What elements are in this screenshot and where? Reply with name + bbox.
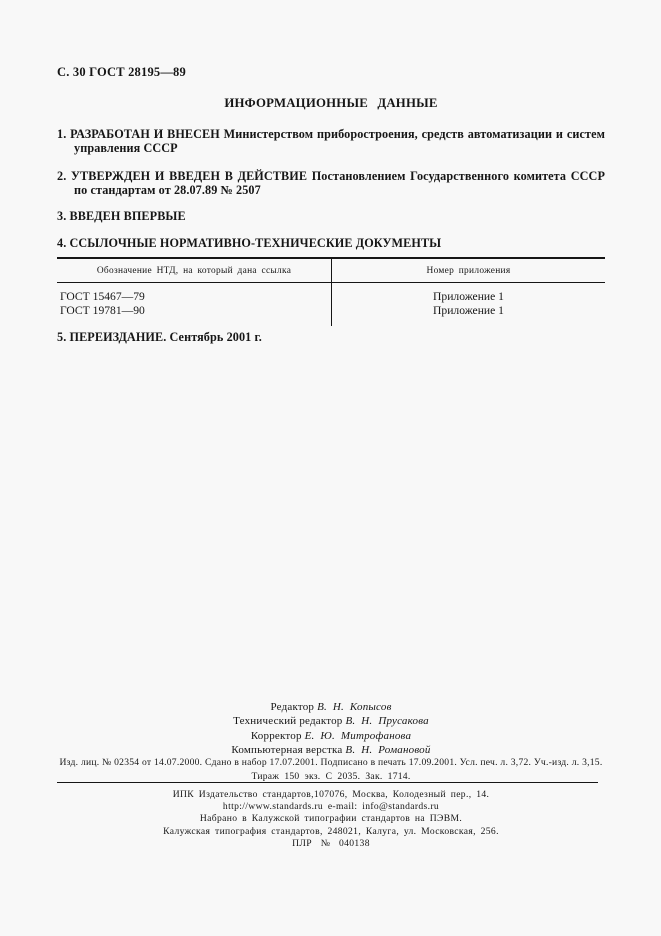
info-item-1-line-2: управления СССР — [57, 141, 605, 155]
info-item-3-line-1: 3. ВВЕДЕН ВПЕРВЫЕ — [57, 209, 605, 223]
table-col1-header: Обозначение НТД, на который дана ссылка — [57, 259, 332, 282]
table-cell-appendix: Приложение 1 — [332, 304, 605, 318]
editor-name: В. Н. Романовой — [345, 744, 430, 756]
editor-line: Редактор В. Н. Копысов — [57, 700, 605, 714]
table-header-row: Обозначение НТД, на который дана ссылка … — [57, 259, 605, 283]
info-item-1-line-1: 1. РАЗРАБОТАН И ВНЕСЕН Министерством при… — [57, 127, 605, 141]
info-item-3: 3. ВВЕДЕН ВПЕРВЫЕ — [57, 209, 605, 223]
publisher-line: Набрано в Калужской типографии стандарто… — [57, 813, 605, 825]
table-cell-appendix: Приложение 1 — [332, 283, 605, 304]
publisher-line: Калужская типография стандартов, 248021,… — [57, 826, 605, 838]
info-item-2-line-2: по стандартам от 28.07.89 № 2507 — [57, 183, 605, 197]
imprint-line: Тираж 150 экз. С 2035. Зак. 1714. — [57, 770, 605, 784]
doc-title: ИНФОРМАЦИОННЫЕ ДАННЫЕ — [57, 96, 605, 111]
info-item-5-line-1: 5. ПЕРЕИЗДАНИЕ. Сентябрь 2001 г. — [57, 330, 605, 344]
editor-role: Компьютерная верстка — [231, 744, 342, 756]
info-item-5: 5. ПЕРЕИЗДАНИЕ. Сентябрь 2001 г. — [57, 330, 605, 344]
editor-role: Редактор — [270, 701, 314, 713]
references-table: Обозначение НТД, на который дана ссылка … — [57, 257, 605, 326]
publisher-line: ИПК Издательство стандартов,107076, Моск… — [57, 789, 605, 801]
publisher-line: ПЛР № 040138 — [57, 838, 605, 850]
table-spacer-row — [57, 317, 605, 326]
table-col2-header: Номер приложения — [332, 259, 605, 282]
editors-block: Редактор В. Н. Копысов Технический редак… — [57, 700, 605, 758]
document-page: С. 30 ГОСТ 28195—89 ИНФОРМАЦИОННЫЕ ДАННЫ… — [0, 0, 661, 936]
table-row: ГОСТ 15467—79 Приложение 1 — [57, 283, 605, 304]
info-item-1: 1. РАЗРАБОТАН И ВНЕСЕН Министерством при… — [57, 127, 605, 155]
editor-name: Е. Ю. Митрофанова — [305, 730, 412, 742]
publisher-block: ИПК Издательство стандартов,107076, Моск… — [57, 789, 605, 850]
divider-rule — [57, 782, 598, 783]
table-cell-ntd: ГОСТ 19781—90 — [57, 304, 332, 318]
table-row: ГОСТ 19781—90 Приложение 1 — [57, 304, 605, 318]
editor-role: Технический редактор — [233, 715, 342, 727]
info-item-2: 2. УТВЕРЖДЕН И ВВЕДЕН В ДЕЙСТВИЕ Постано… — [57, 169, 605, 197]
imprint-line: Изд. лиц. № 02354 от 14.07.2000. Сдано в… — [57, 756, 605, 770]
info-item-4: 4. ССЫЛОЧНЫЕ НОРМАТИВНО-ТЕХНИЧЕСКИЕ ДОКУ… — [57, 236, 605, 250]
editor-role: Корректор — [251, 730, 302, 742]
editor-name: В. Н. Копысов — [317, 701, 391, 713]
imprint-block: Изд. лиц. № 02354 от 14.07.2000. Сдано в… — [57, 756, 605, 783]
publisher-line: http://www.standards.ru e-mail: info@sta… — [57, 801, 605, 813]
table-cell-ntd: ГОСТ 15467—79 — [57, 283, 332, 304]
editor-name: В. Н. Прусакова — [345, 715, 428, 727]
info-item-4-line-1: 4. ССЫЛОЧНЫЕ НОРМАТИВНО-ТЕХНИЧЕСКИЕ ДОКУ… — [57, 236, 605, 250]
editor-line: Корректор Е. Ю. Митрофанова — [57, 729, 605, 743]
page-header: С. 30 ГОСТ 28195—89 — [57, 65, 605, 80]
info-item-2-line-1: 2. УТВЕРЖДЕН И ВВЕДЕН В ДЕЙСТВИЕ Постано… — [57, 169, 605, 183]
editor-line: Технический редактор В. Н. Прусакова — [57, 714, 605, 728]
